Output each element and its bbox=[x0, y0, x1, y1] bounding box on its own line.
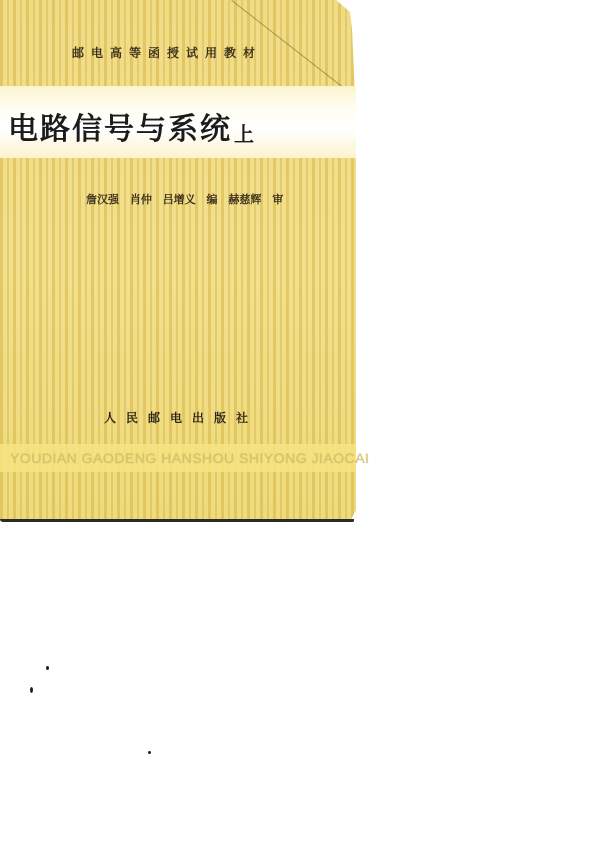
pinyin-text: YOUDIAN GAODENG HANSHOU SHIYONG JIAOCAI bbox=[10, 450, 350, 466]
author: 詹汉强 bbox=[86, 193, 119, 206]
author: 肖仲 bbox=[130, 193, 152, 206]
scan-speck bbox=[46, 666, 49, 670]
scan-speck bbox=[148, 751, 151, 754]
authors-line: 詹汉强 肖仲 吕增义 编 赫慈辉 审 bbox=[86, 191, 290, 207]
author: 吕增义 bbox=[163, 193, 196, 206]
role-label: 编 bbox=[207, 193, 218, 206]
scan-speck bbox=[30, 687, 33, 693]
cover-edge bbox=[0, 519, 354, 522]
series-label: 邮电高等函授试用教材 bbox=[72, 44, 282, 61]
book-title-text: 电路信号与系统 bbox=[8, 112, 232, 147]
role-label: 审 bbox=[272, 193, 283, 206]
volume-label: 上 bbox=[234, 122, 256, 146]
book-title: 电路信号与系统上 bbox=[8, 104, 256, 148]
reviewer: 赫慈辉 bbox=[228, 193, 261, 206]
publisher: 人民邮电出版社 bbox=[104, 409, 258, 426]
